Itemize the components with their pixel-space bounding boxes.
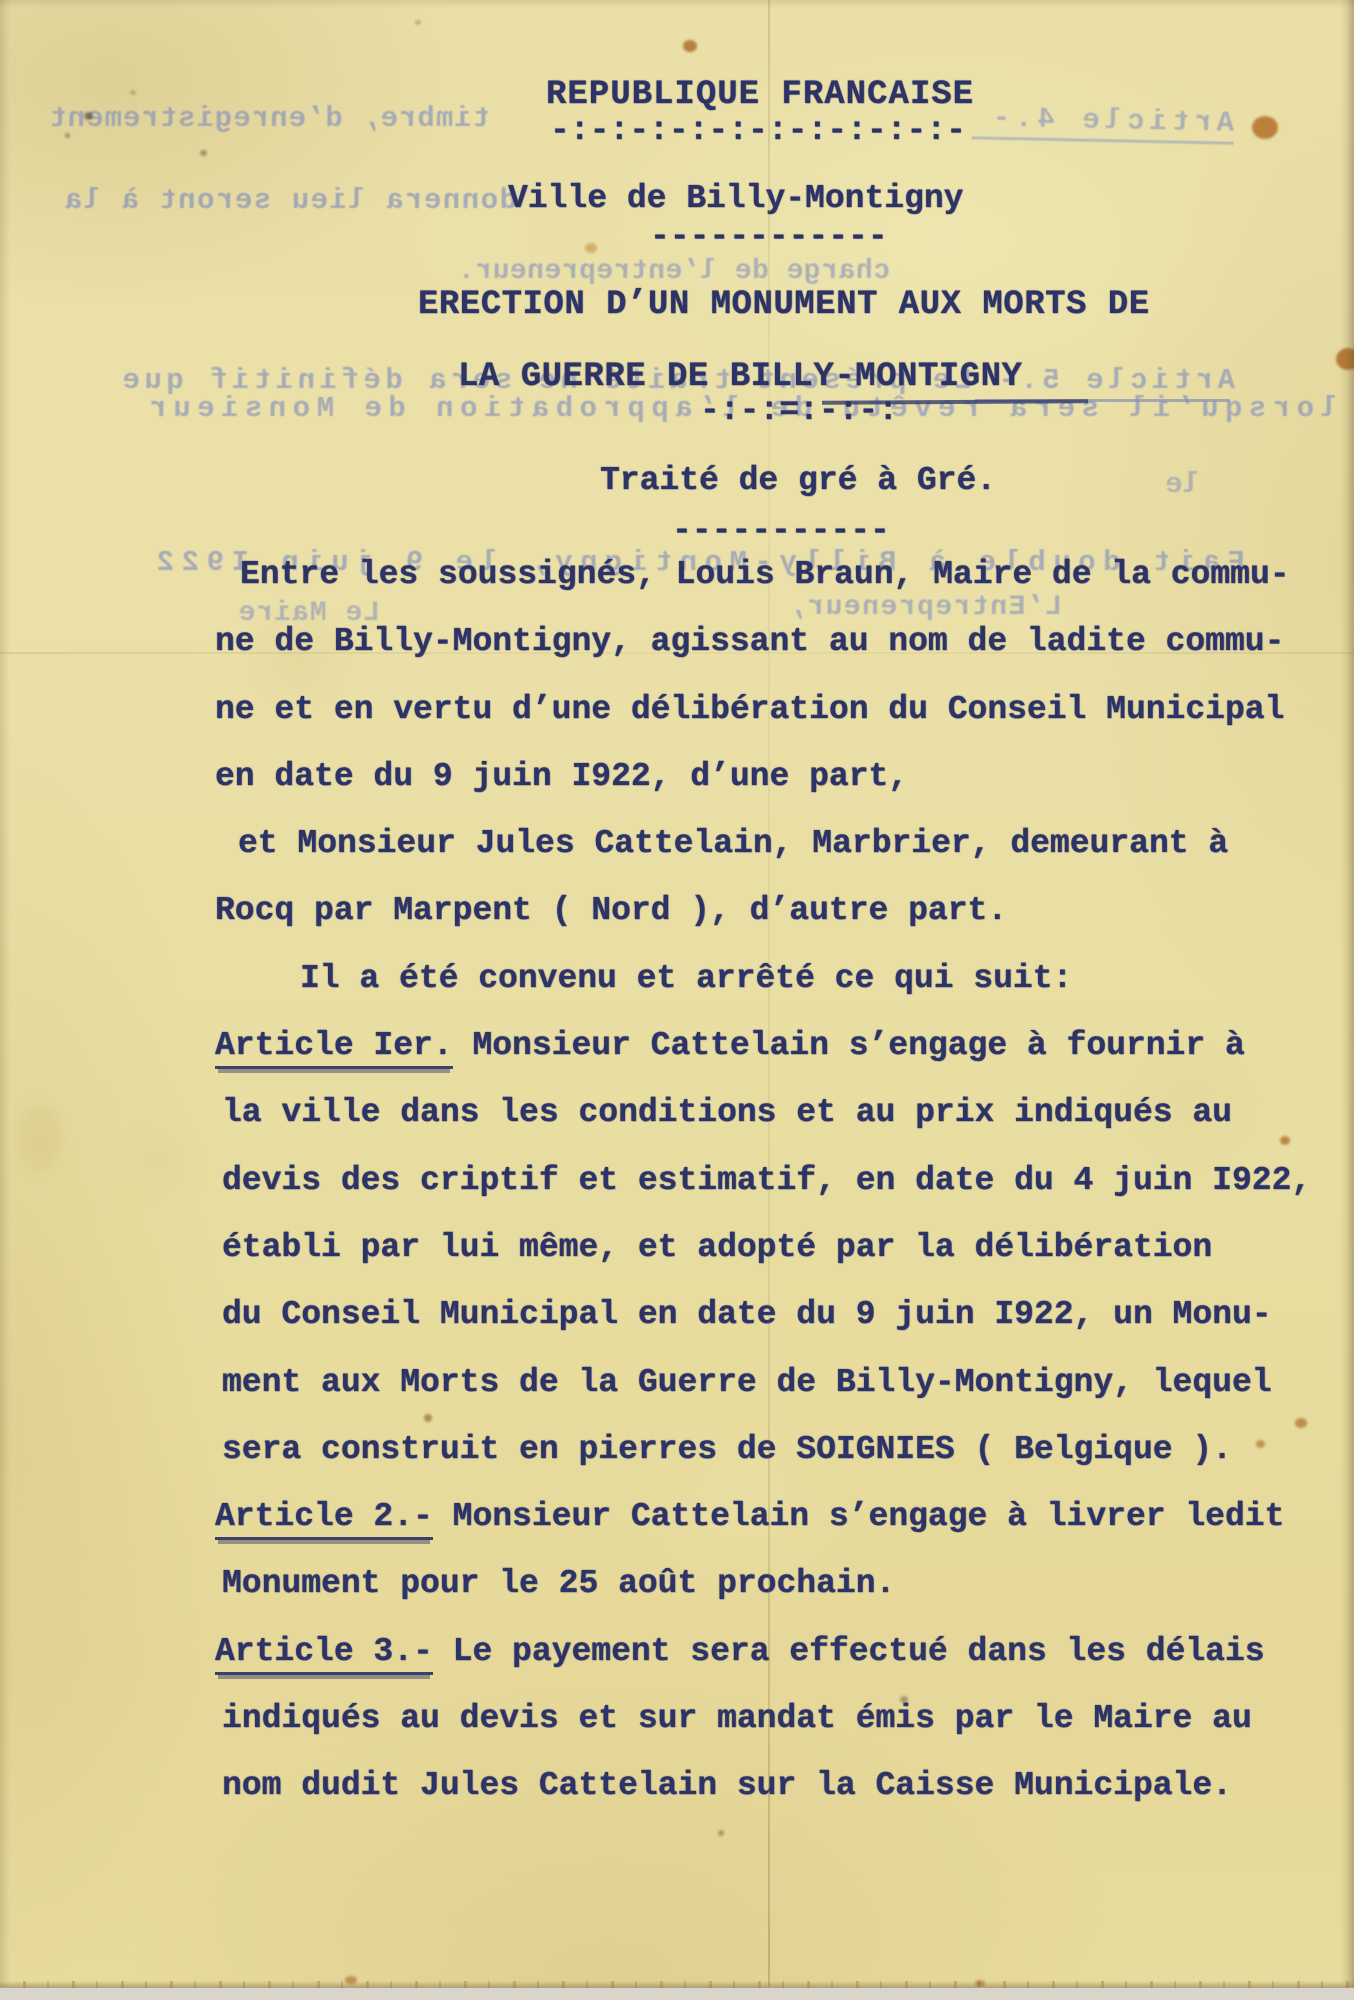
- bleed-through-text: timbre, d’enregistrement: [25, 102, 490, 135]
- document-title-line2: LA GUERRE DE BILLY-MONTIGNY: [458, 358, 1022, 396]
- body-line-text: établi par lui même, et adopté par la dé…: [222, 1229, 1212, 1266]
- stain: [1252, 116, 1278, 139]
- body-line-text: Entre les soussignés, Louis Braun, Maire…: [240, 556, 1290, 593]
- stain: [683, 40, 697, 52]
- body-line: devis des criptif et estimatif, en date …: [215, 1147, 1340, 1214]
- body-line-text: Monsieur Cattelain s’engage à livrer led…: [433, 1498, 1285, 1535]
- bleed-through-text: lorsqu’il sera revêtu de l’approbation d…: [38, 392, 1338, 425]
- stain: [415, 20, 421, 25]
- heading-ville: Ville de Billy-Montigny: [508, 180, 963, 217]
- body-line-text: Le payement sera effectué dans les délai…: [433, 1633, 1265, 1670]
- body-line-text: la ville dans les conditions et au prix …: [222, 1094, 1232, 1131]
- scanned-document-page: timbre, d’enregistrement Article 4.- don…: [0, 0, 1354, 2000]
- bleed-through-text: le: [1140, 468, 1200, 501]
- article-label: Article Ier.: [215, 1027, 453, 1069]
- body-line-text: du Conseil Municipal en date du 9 juin I…: [222, 1296, 1272, 1333]
- paper-edge-left: [0, 0, 10, 2000]
- stain: [130, 90, 136, 95]
- body-line: Il a été convenu et arrêté ce qui suit:: [215, 945, 1340, 1012]
- body-line-text: et Monsieur Jules Cattelain, Marbrier, d…: [238, 825, 1228, 862]
- body-line-text: Il a été convenu et arrêté ce qui suit:: [300, 960, 1072, 997]
- body-line-text: en date du 9 juin I922, d’une part,: [215, 758, 908, 795]
- body-line-text: devis des criptif et estimatif, en date …: [222, 1162, 1311, 1199]
- paper-edge-top: [0, 0, 1354, 8]
- stain: [1336, 348, 1354, 370]
- separator-dash-colon: -:-:-:-:-:-:-:-:-:-:-: [550, 112, 966, 149]
- separator-dashes: ------------: [650, 218, 888, 255]
- body-line-text: Monument pour le 25 août prochain.: [222, 1565, 895, 1602]
- body-line: la ville dans les conditions et au prix …: [215, 1079, 1340, 1146]
- body-line: sera construit en pierres de SOIGNIES ( …: [215, 1416, 1340, 1483]
- body-line-text: indiqués au devis et sur mandat émis par…: [222, 1700, 1252, 1737]
- body-line: établi par lui même, et adopté par la dé…: [215, 1214, 1340, 1281]
- body-line-text: Monsieur Cattelain s’engage à fournir à: [453, 1027, 1245, 1064]
- body-line-article-3: Article 3.- Le payement sera effectué da…: [215, 1618, 1340, 1685]
- body-line-article-1: Article Ier. Monsieur Cattelain s’engage…: [215, 1012, 1340, 1079]
- body-line-article-2: Article 2.- Monsieur Cattelain s’engage …: [215, 1483, 1340, 1550]
- torn-bottom-edge: [0, 1987, 1354, 2000]
- body-line: en date du 9 juin I922, d’une part,: [215, 743, 1340, 810]
- body-line: du Conseil Municipal en date du 9 juin I…: [215, 1281, 1340, 1348]
- article-label: Article 3.-: [215, 1633, 433, 1675]
- document-body: Entre les soussignés, Louis Braun, Maire…: [215, 541, 1340, 1820]
- bleed-through-text: Article 4.-: [972, 101, 1235, 144]
- body-line-text: ne et en vertu d’une délibération du Con…: [215, 691, 1284, 728]
- body-line-text: ne de Billy-Montigny, agissant au nom de…: [215, 623, 1284, 660]
- body-line: Rocq par Marpent ( Nord ), d’autre part.: [215, 877, 1340, 944]
- stain: [718, 1830, 724, 1836]
- body-line: et Monsieur Jules Cattelain, Marbrier, d…: [215, 810, 1340, 877]
- body-line: Entre les soussignés, Louis Braun, Maire…: [215, 541, 1340, 608]
- stain: [200, 150, 207, 156]
- article-label: Article 2.-: [215, 1498, 433, 1540]
- stain: [18, 1105, 62, 1171]
- paper-edge-right: [1340, 0, 1354, 2000]
- stain: [585, 243, 597, 253]
- document-title-line1: ERECTION D’UN MONUMENT AUX MORTS DE: [418, 286, 1150, 324]
- body-line-text: nom dudit Jules Cattelain sur la Caisse …: [222, 1767, 1232, 1804]
- body-line: indiqués au devis et sur mandat émis par…: [215, 1685, 1340, 1752]
- document-subtitle: Traité de gré à Gré.: [600, 462, 996, 499]
- body-line: nom dudit Jules Cattelain sur la Caisse …: [215, 1752, 1340, 1819]
- body-line: ne de Billy-Montigny, agissant au nom de…: [215, 608, 1340, 675]
- body-line-text: sera construit en pierres de SOIGNIES ( …: [222, 1431, 1232, 1468]
- body-line-text: Rocq par Marpent ( Nord ), d’autre part.: [215, 892, 1007, 929]
- body-line-text: ment aux Morts de la Guerre de Billy-Mon…: [222, 1364, 1272, 1401]
- bleed-through-text: donnera lieu seront à la: [12, 184, 517, 217]
- heading-republique-francaise: REPUBLIQUE FRANCAISE: [546, 76, 974, 114]
- body-line: ment aux Morts de la Guerre de Billy-Mon…: [215, 1349, 1340, 1416]
- separator-dash-colon: -:-:=:-:-:: [700, 392, 898, 429]
- bleed-through-text: charge de l’entrepreneur.: [450, 256, 890, 287]
- body-line: Monument pour le 25 août prochain.: [215, 1550, 1340, 1617]
- body-line: ne et en vertu d’une délibération du Con…: [215, 676, 1340, 743]
